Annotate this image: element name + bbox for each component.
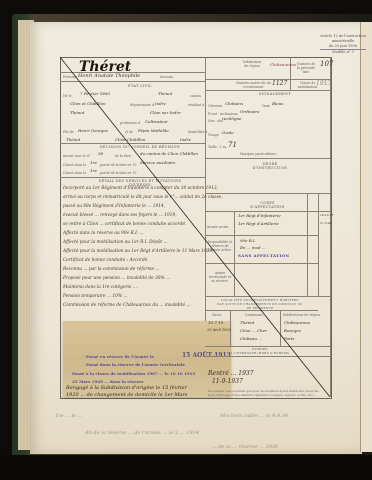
service-line: Commission de réforme de Châteauroux du … — [63, 301, 229, 310]
forehead-value: Ordinaire — [240, 109, 260, 114]
profession-label: profession d — [120, 121, 140, 125]
subdivision-value: Châteauroux — [270, 62, 296, 67]
disponibilite-value: 90e R.I. — [240, 238, 256, 243]
column-divider — [234, 211, 235, 296]
service-line: Affecté pour la mobilisation au 1er Régt… — [63, 247, 229, 256]
service-line: Proposé pour une pension ... invalidité … — [63, 274, 229, 283]
stamp-line: Passé à la classe de mobilisation 1907 .… — [72, 371, 195, 376]
commune-value: Clion sur Indre — [150, 110, 181, 115]
department-value: Indre — [155, 101, 166, 106]
right-page-edge — [360, 22, 372, 452]
profession-value: Cultivateur — [145, 119, 168, 124]
surnom-label: Surnom : — [160, 75, 175, 79]
classe2-suffix: partie de la liste en 19 — [100, 171, 136, 175]
localite-subdivision: Paris — [284, 336, 294, 341]
divider — [205, 310, 318, 311]
localite-commune: Thénot — [240, 320, 254, 325]
europe-subtitle: À L'ÉTRANGER (HORS D'EUROPE) — [215, 351, 305, 355]
slip-hand-line: 1920 ... de changement de domicile le 1e… — [66, 392, 188, 398]
mother-label: et de — [125, 130, 133, 134]
footer-note: ... de la ... réserve ... 1936 — [212, 444, 278, 450]
classe1-note: Service auxiliaire — [140, 160, 175, 165]
services-text: Incorporé au 1er Régiment d'Infanterie à… — [63, 184, 229, 310]
father-value: Henri Georges — [78, 128, 108, 133]
forenames-label: Prénoms — [63, 75, 77, 79]
sans-affectation-stamp: SANS AFFECTATION — [238, 253, 289, 258]
service-line: évacué blessé ... renvoyé dans ses foyer… — [63, 211, 229, 220]
divider — [60, 177, 205, 178]
signalement-title: SIGNALEMENT — [250, 92, 300, 96]
divider — [205, 263, 318, 264]
armee-active-value: 1er Régt d'Artillerie — [238, 221, 279, 226]
service-line: passé au 68e Régiment d'Infanterie le ..… — [63, 202, 229, 211]
localites-subtitle: PAR SUITE DE CHANGEMENTS DE DOMICILE OU … — [215, 302, 305, 310]
stamp-line: 25 Mars 1920 ... dans la réserve — [72, 379, 144, 384]
residing-value: Thénot — [70, 110, 84, 115]
divider — [60, 143, 205, 144]
localite-subdivision: Bourges — [284, 328, 301, 333]
nose-value: rectiligne — [222, 116, 241, 121]
localites-col-date: Dates. — [212, 313, 222, 317]
domicile-label: domiciliés à — [188, 130, 207, 134]
stamp-line: Passé en réserve de l'Armée le — [86, 354, 154, 359]
europe-footnote: Ne remplir ces colonnes que pour les hom… — [208, 389, 323, 397]
slip-hand-line: Rengagé à la Subdivision d'origine le 15… — [66, 385, 187, 391]
canton-label: canton — [190, 94, 201, 98]
subdivision-label: Subdivision de région — [242, 60, 262, 68]
divider — [205, 90, 330, 91]
divider — [205, 356, 330, 357]
hair-label: Cheveux — [208, 104, 222, 108]
born-label: Né le — [63, 94, 72, 98]
liste-value: du canton de Clion Châtillon — [140, 151, 198, 156]
domicile-department: Indre — [180, 137, 191, 142]
etat-civil-title: ÉTAT CIVIL — [120, 84, 160, 88]
inscrit-label: Inscrit sous le n° — [63, 154, 90, 158]
divider — [205, 296, 330, 297]
territoriale-label: Armée territoriale et sa réserve. — [207, 271, 233, 283]
column-divider — [330, 57, 331, 397]
classe-value: 1913 — [316, 80, 331, 87]
service-line: Incorporé au 1er Régiment d'Infanterie à… — [63, 184, 229, 193]
service-line: Affecté dans la réserve au 90e R.I. ... — [63, 229, 229, 238]
numero-liste-value: 107 — [320, 60, 333, 68]
localite-date: 10 7 19 — [208, 320, 223, 325]
footer-note: 1re ... le ... — [55, 413, 82, 419]
armee-active-date: 11.3.20 — [320, 221, 331, 225]
numero-matricule-label: Numéro matricule du recrutement — [236, 81, 271, 89]
divider — [205, 193, 330, 194]
classe2-label: Classé dans la — [63, 171, 86, 175]
numero-matricule-value: 1127 — [272, 80, 287, 87]
eyes-label: Yeux — [262, 104, 270, 108]
service-line: Affecté pour la mobilisation au 1er R.I.… — [63, 238, 229, 247]
service-line: Maintenu dans la 1re catégorie ... — [63, 283, 229, 292]
localite-commune: Clion ... Cher — [240, 328, 267, 333]
column-divider — [307, 193, 308, 296]
divider — [205, 79, 330, 80]
armee-active-date: 10.10.13 — [320, 213, 333, 217]
forenames-value: Henri Anatole Théophile — [78, 73, 140, 79]
disponibilite-value: En ... mod ... — [240, 245, 266, 250]
footer-note: Ab de la réserve ... de l'armée ... le 2… — [85, 430, 199, 436]
numero-liste-label: Numéro de la présente liste — [296, 62, 316, 74]
visage-value: Ovale — [222, 130, 234, 135]
height-label: Taille : 1 m. — [208, 145, 227, 149]
background-bottom — [0, 455, 372, 480]
footer-note: Mis hors cadre ... le 9.9.34 — [220, 413, 288, 419]
header-note: Article 12 de l'instruction ministériell… — [320, 34, 366, 55]
liste-label: de la liste — [115, 154, 131, 158]
father-label: Fils de — [63, 130, 74, 134]
localites-col-subdivision: Subdivisions de région — [283, 313, 320, 317]
nose-label: Nez : dos — [208, 119, 223, 123]
europe-hand: 11-9-1937 — [212, 378, 243, 385]
canton-value: Clion et Châtillon — [70, 101, 106, 106]
europe-hand: Rentré ... 1937 — [208, 370, 254, 377]
localite-date: 29 Avril 1920 — [207, 328, 231, 332]
classe2-value: 1re — [90, 168, 97, 173]
marks-label: Marques particulières : — [240, 152, 278, 156]
localite-subdivision: Châteauroux — [284, 320, 310, 325]
classe1-suffix: partie de la liste en 19 — [100, 163, 136, 167]
localite-commune: Château ... — [240, 336, 262, 341]
column-divider — [280, 310, 281, 346]
domicile-value: Thénot — [66, 137, 80, 142]
armee-active-value: 1er Régt d'Infanterie — [238, 213, 281, 218]
stamp-line: Passé dans la réserve de l'armée territo… — [86, 362, 185, 367]
disponibilite-label: Disponibilité et réserve de l'armée acti… — [207, 240, 233, 252]
localites-col-commune: Communes. — [245, 313, 264, 317]
classe1-label: Classé dans la — [63, 163, 86, 167]
mother-value: Pépin Mathilde — [138, 128, 169, 133]
inscrit-value: 38 — [98, 151, 103, 156]
department-label: département d — [130, 103, 154, 107]
armee-active-label: Armée active. — [207, 225, 229, 229]
divider — [205, 235, 318, 236]
header-note-line: Modèle n° 3 — [320, 49, 366, 55]
divider — [205, 211, 330, 212]
service-line: arrivé au corps et immatriculé le dit jo… — [63, 193, 229, 202]
born-date: 7 Février 1893 — [80, 91, 110, 96]
decision-title: DÉCISION DU CONSEIL DE RÉVISION — [95, 145, 185, 149]
domicile-canton: Clion Châtillon — [115, 137, 145, 142]
eyes-value: Bleus — [272, 101, 283, 106]
column-divider — [318, 193, 319, 296]
residing-label: résidant à — [188, 103, 204, 107]
visage-label: Visage — [208, 133, 219, 137]
divider — [205, 158, 330, 159]
corps-title: CORPS D'AFFECTATION — [245, 201, 290, 209]
classe1-value: 1re — [90, 160, 97, 165]
instruction-title: DEGRÉ D'INSTRUCTION — [245, 162, 295, 170]
divider — [60, 81, 205, 82]
service-line: Reconnu ... par la commission de réforme… — [63, 265, 229, 274]
height-value: 71 — [228, 141, 237, 149]
hair-value: Châtains — [225, 101, 243, 106]
born-place: Thénot — [158, 91, 172, 96]
service-line: se retire à Clion ... certificat de bonn… — [63, 220, 229, 229]
